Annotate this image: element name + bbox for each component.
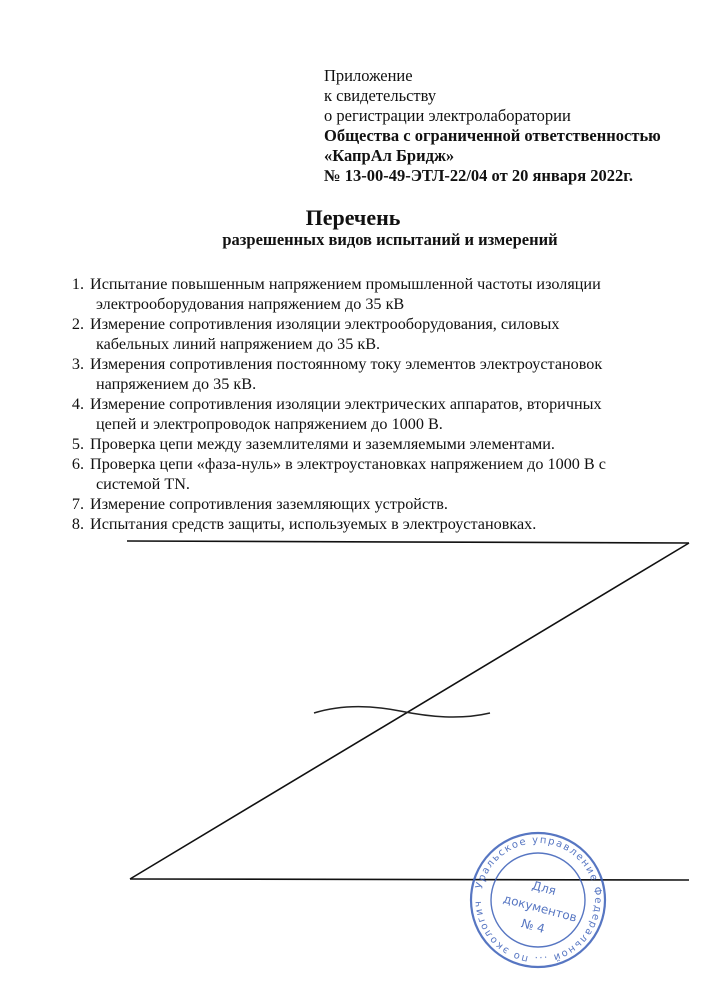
- z-strikeout-marks: Уральское управление Федеральной ... по …: [0, 0, 706, 1000]
- svg-text:документов: документов: [502, 892, 579, 925]
- svg-text:Для: Для: [531, 878, 558, 898]
- svg-text:№ 4: № 4: [520, 916, 547, 936]
- round-stamp-icon: Уральское управление Федеральной ... по …: [0, 0, 605, 967]
- svg-text:Уральское управление Федеральн: Уральское управление Федеральной ... по …: [0, 0, 603, 965]
- z-line-icon: [127, 541, 689, 880]
